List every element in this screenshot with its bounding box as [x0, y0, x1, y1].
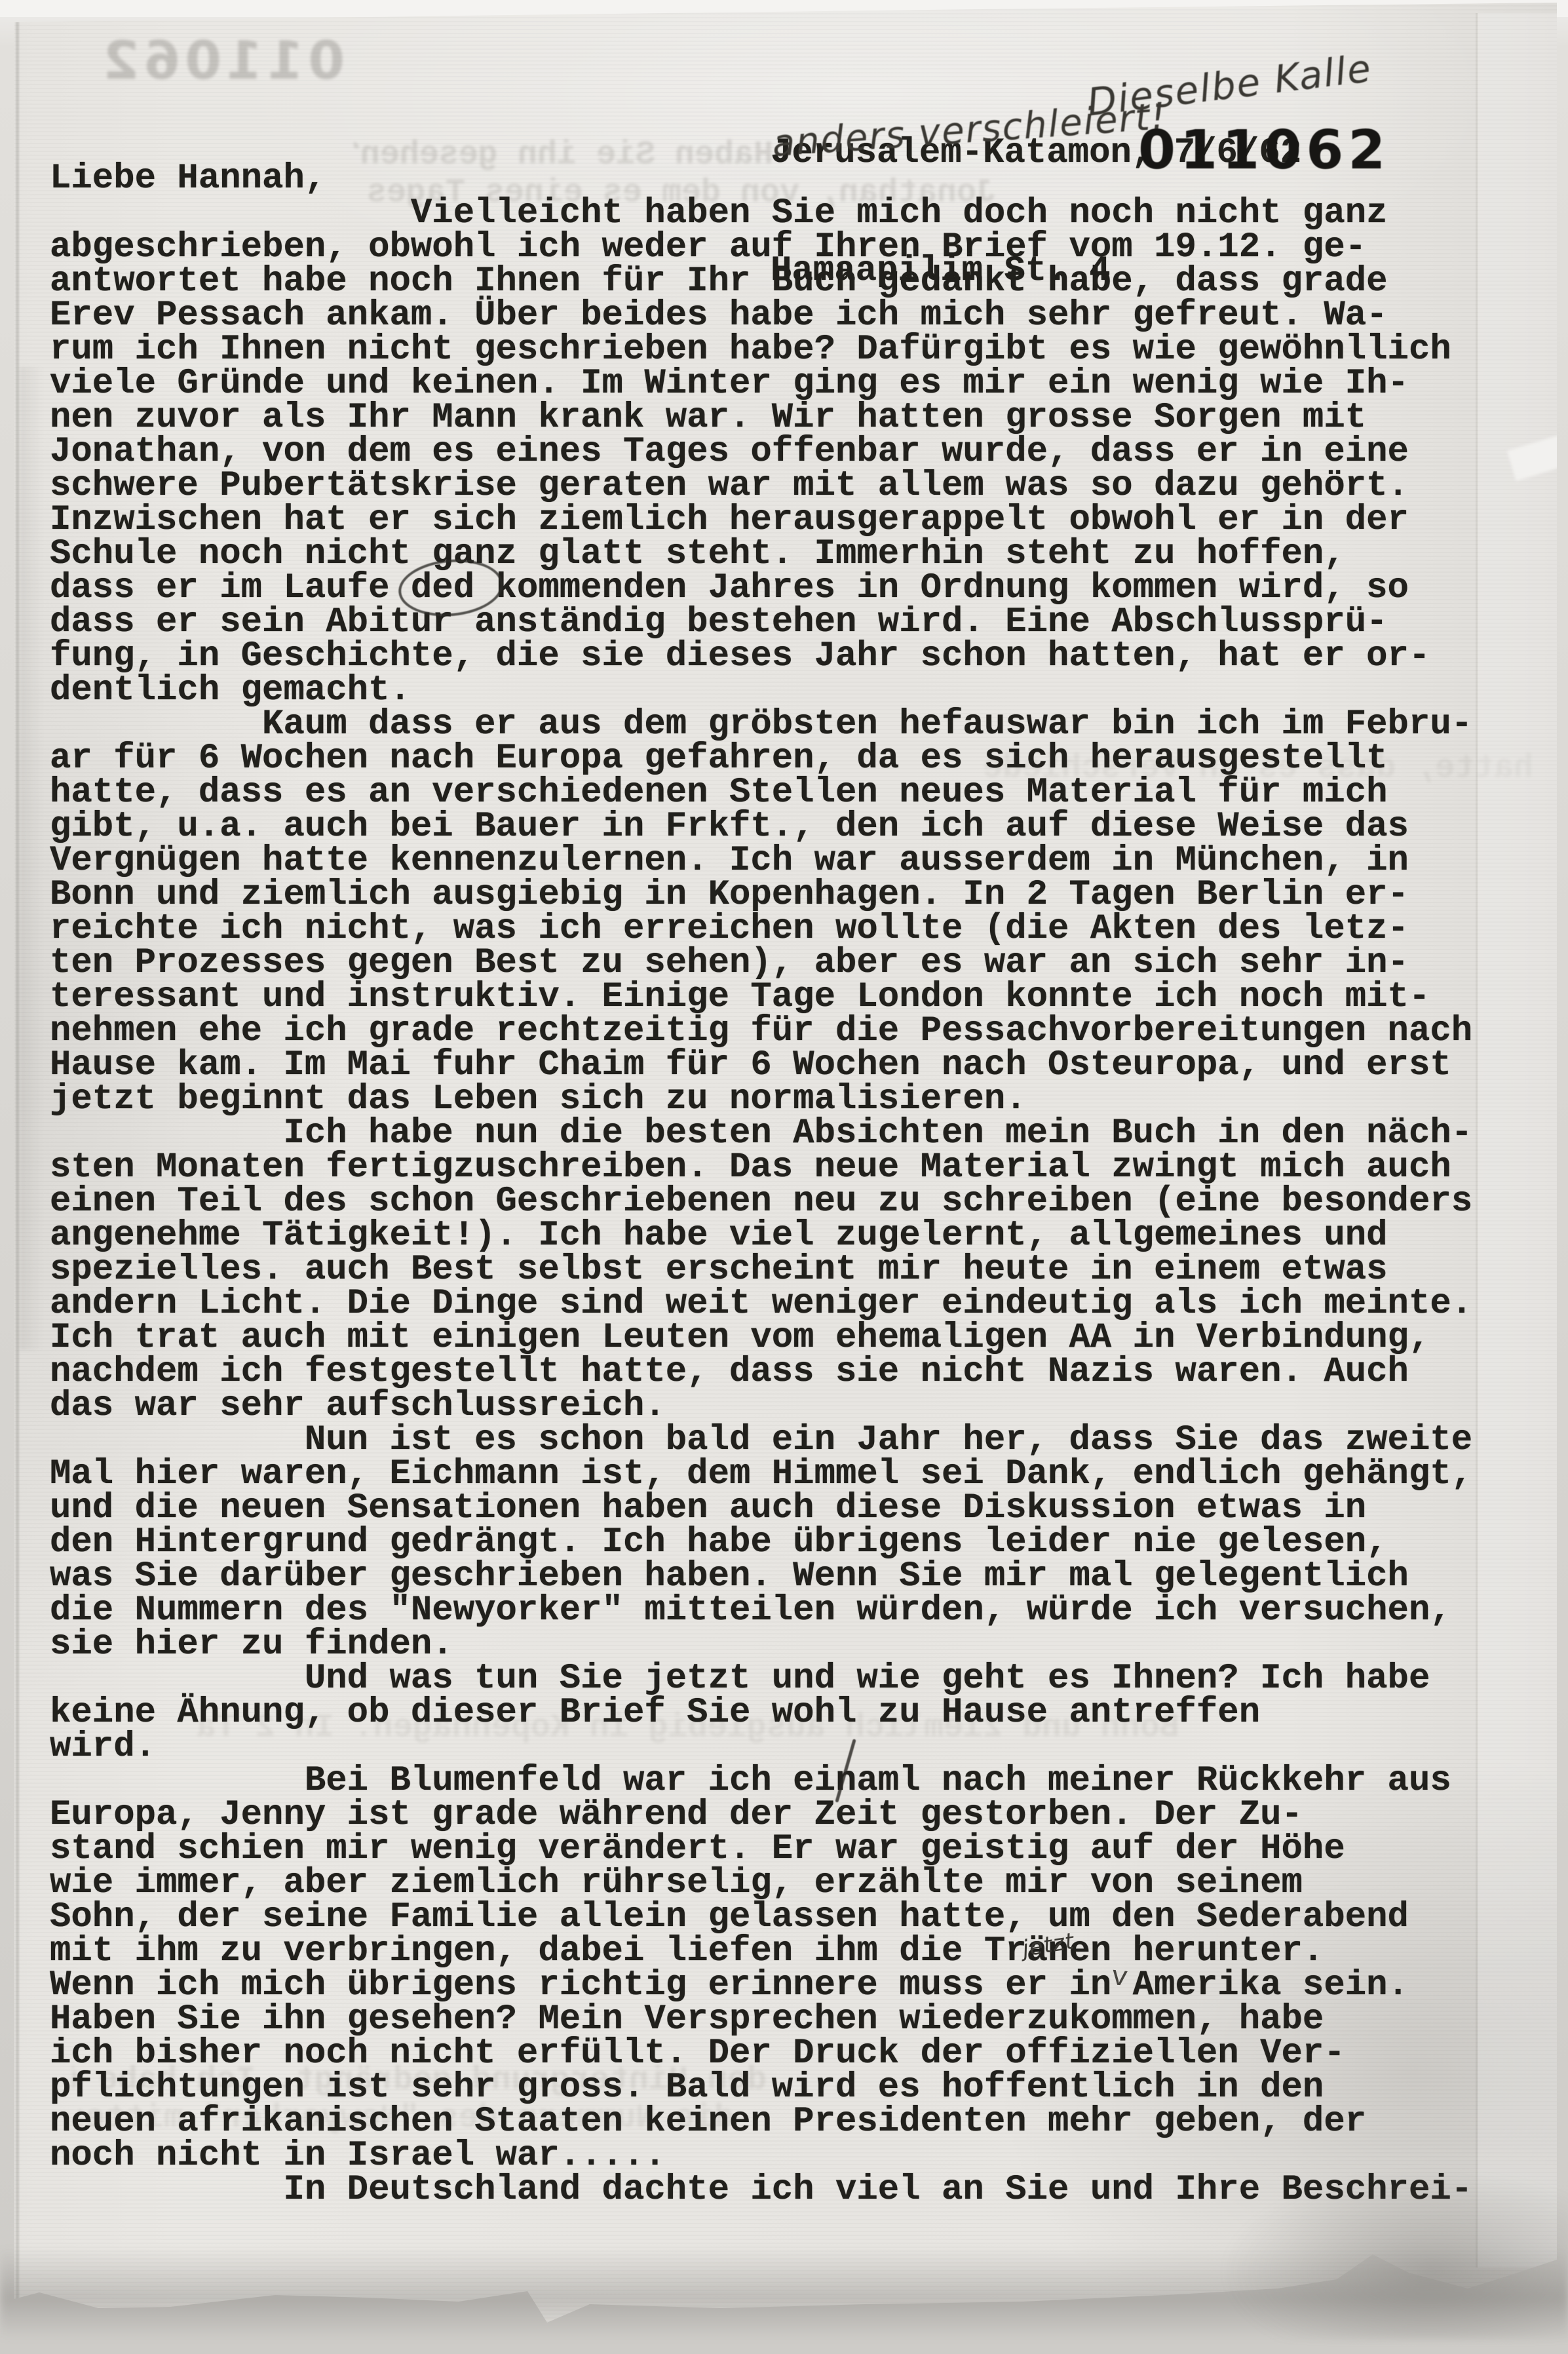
letter-line: dentlich gemacht.: [50, 674, 1524, 708]
letter-line: mit ihm zu verbringen, dabei liefen ihm …: [50, 1935, 1524, 1969]
letter-line: Europa, Jenny ist grade während der Zeit…: [50, 1798, 1524, 1832]
letter-line: Bonn und ziemlich ausgiebig in Kopenhage…: [50, 878, 1524, 912]
letter-line: wie immer, aber ziemlich rührselig, erzä…: [50, 1866, 1524, 1901]
letter-paper: Haben Sie ihn gesehen? Mein Versprechen …: [0, 0, 1568, 2354]
letter-line: Bei Blumenfeld war ich einaml nach meine…: [50, 1764, 1524, 1798]
letter-line: nehmen ehe ich grade rechtzeitig für die…: [50, 1014, 1524, 1049]
letter-line: jetzt beginnt das Leben sich zu normalis…: [50, 1083, 1524, 1117]
letter-line: fung, in Geschichte, die sie dieses Jahr…: [50, 640, 1524, 674]
salutation: Liebe Hannah,: [50, 161, 326, 197]
letter-line: stand schien mir wenig verändert. Er war…: [50, 1832, 1524, 1866]
letter-line: gibt, u.a. auch bei Bauer in Frkft., den…: [50, 810, 1524, 844]
letter-line: ar für 6 Wochen nach Europa gefahren, da…: [50, 742, 1524, 776]
letter-body: Vielleicht haben Sie mich doch noch nich…: [50, 197, 1524, 2207]
letter-line: Ich trat auch mit einigen Leuten vom ehe…: [50, 1321, 1524, 1355]
bleedthrough-artifact: Haben Sie ihn gesehen? Mein Versprechen …: [354, 138, 773, 174]
letter-line: wird.: [50, 1730, 1524, 1764]
letter-line: Und was tun Sie jetzt und wie geht es Ih…: [50, 1662, 1524, 1696]
letter-line: abgeschrieben, obwohl ich weder auf Ihre…: [50, 231, 1524, 265]
letter-line: Erev Pessach ankam. Über beides habe ich…: [50, 299, 1524, 333]
letter-line: den Hintergrund gedrängt. Ich habe übrig…: [50, 1526, 1524, 1560]
letter-line: Vergnügen hatte kennenzulernen. Ich war …: [50, 844, 1524, 878]
letter-line: sie hier zu finden.: [50, 1628, 1524, 1662]
handwritten-caret-mark: v: [1110, 1961, 1130, 1994]
letter-line: hatte, dass es an verschiedenen Stellen …: [50, 776, 1524, 810]
letter-line: Jonathan, von dem es eines Tages offenba…: [50, 435, 1524, 469]
letter-line: noch nicht in Israel war.....: [50, 2139, 1524, 2173]
letter-line: Kaum dass er aus dem gröbsten hefauswar …: [50, 708, 1524, 742]
letter-line: angenehme Tätigkeit!). Ich habe viel zug…: [50, 1219, 1524, 1253]
letter-line: Sohn, der seine Familie allein gelassen …: [50, 1901, 1524, 1935]
archive-number-stamp: 011062: [1138, 119, 1390, 182]
letter-line: andern Licht. Die Dinge sind weit wenige…: [50, 1287, 1524, 1321]
letter-line: Ich habe nun die besten Absichten mein B…: [50, 1117, 1524, 1151]
letter-line: nen zuvor als Ihr Mann krank war. Wir ha…: [50, 401, 1524, 435]
letter-line: die Nummern des "Newyorker" mitteilen wü…: [50, 1594, 1524, 1628]
letter-line: das war sehr aufschlussreich.: [50, 1389, 1524, 1423]
letter-line: Mal hier waren, Eichmann ist, dem Himmel…: [50, 1457, 1524, 1492]
letter-line: Haben Sie ihn gesehen? Mein Versprechen …: [50, 2003, 1524, 2037]
letter-line: Hause kam. Im Mai fuhr Chaim für 6 Woche…: [50, 1049, 1524, 1083]
letter-line: was Sie darüber geschrieben haben. Wenn …: [50, 1560, 1524, 1594]
letter-line: Nun ist es schon bald ein Jahr her, dass…: [50, 1423, 1524, 1457]
letter-line: dass er im Laufe ded kommenden Jahres in…: [50, 571, 1524, 606]
letter-line: spezielles. auch Best selbst erscheint m…: [50, 1253, 1524, 1287]
letter-line: viele Gründe und keinen. Im Winter ging …: [50, 367, 1524, 401]
letter-line: Wenn ich mich übrigens richtig erinnere …: [50, 1969, 1524, 2003]
bleedthrough-text: Haben Sie ihn gesehen? Mein Versprechen …: [354, 138, 773, 174]
letter-line: neuen afrikanischen Staaten keinen Presi…: [50, 2105, 1524, 2139]
letter-line: einen Teil des schon Geschriebenen neu z…: [50, 1185, 1524, 1219]
letter-line: und die neuen Sensationen haben auch die…: [50, 1492, 1524, 1526]
letter-line: keine Ähnung, ob dieser Brief Sie wohl z…: [50, 1696, 1524, 1730]
scan-smudge: [20, 367, 43, 1350]
letter-line: reichte ich nicht, was ich erreichen wol…: [50, 912, 1524, 946]
paper-right-margin: [1478, 13, 1557, 2267]
letter-line: nachdem ich festgestellt hatte, dass sie…: [50, 1355, 1524, 1389]
letter-line: Schule noch nicht ganz glatt steht. Imme…: [50, 537, 1524, 571]
letter-line: sten Monaten fertigzuschreiben. Das neue…: [50, 1151, 1524, 1185]
letter-line: Vielleicht haben Sie mich doch noch nich…: [50, 197, 1524, 231]
letter-line: pflichtungen ist sehr gross. Bald wird e…: [50, 2071, 1524, 2105]
scanned-letter-page: Haben Sie ihn gesehen? Mein Versprechen …: [0, 0, 1568, 2354]
mirrored-stamp-artifact: 011062: [98, 30, 345, 91]
letter-line: teressant und instruktiv. Einige Tage Lo…: [50, 980, 1524, 1014]
letter-line: ten Prozesses gegen Best zu sehen), aber…: [50, 946, 1524, 980]
bottom-right-smudge: [1219, 2169, 1568, 2340]
letter-line: schwere Pubertätskrise geraten war mit a…: [50, 469, 1524, 503]
letter-line: antwortet habe noch Ihnen für Ihr Buch g…: [50, 265, 1524, 299]
paper-left-edge-shadow: [16, 20, 19, 2300]
letter-line: dass er sein Abitur anständig bestehen w…: [50, 606, 1524, 640]
letter-line: rum ich Ihnen nicht geschrieben habe? Da…: [50, 333, 1524, 367]
letter-line: Inzwischen hat er sich ziemlich herausge…: [50, 503, 1524, 537]
letter-line: ich bisher noch nicht erfüllt. Der Druck…: [50, 2037, 1524, 2071]
